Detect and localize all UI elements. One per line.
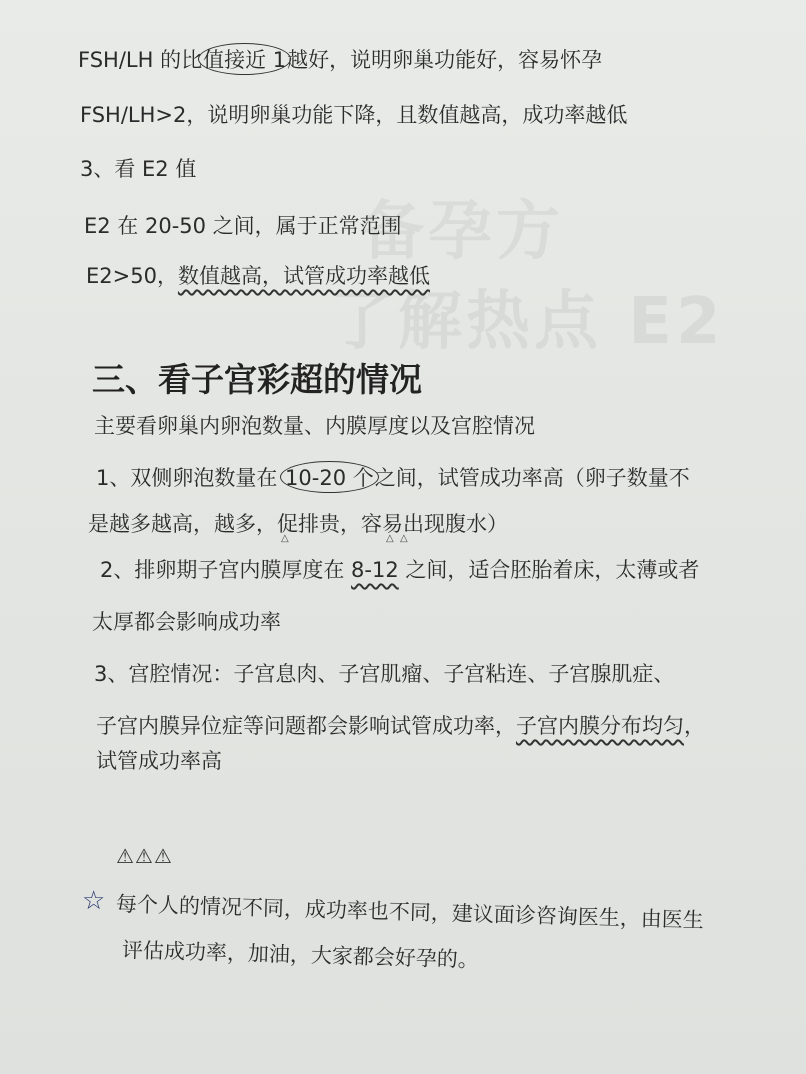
item-1-continued: 是越多越高，越多，促排贵，容易出现腹水） [88, 508, 508, 538]
e2-normal-line: E2 在 20-50 之间，属于正常范围 [84, 210, 402, 240]
item-3-line-3: 试管成功率高 [96, 745, 222, 775]
text: ， [684, 714, 705, 738]
handwritten-star-icon: ☆ [82, 886, 105, 916]
text: 1、双侧卵泡数量在 [96, 466, 284, 490]
text: 之间，试管成功率高（卵子数量不 [375, 466, 690, 490]
e2-high-line: E2>50，数值越高，试管成功率越低 [86, 260, 430, 290]
item-2-continued: 太厚都会影响成功率 [92, 606, 281, 636]
note-line-1: 每个人的情况不同，成功率也不同，建议面诊咨询医生，由医生 [116, 888, 705, 934]
handwritten-underline: 8-12 [351, 558, 399, 582]
e2-heading-line: 3、看 E2 值 [80, 153, 196, 183]
note-line-2: 评估成功率，加油，大家都会好孕的。 [122, 934, 480, 974]
handwritten-circle: 10-20 个 [280, 461, 379, 493]
text: E2>50， [86, 264, 178, 288]
warning-icons: ⚠⚠⚠ [116, 844, 173, 868]
handwritten-underline: 子宫内膜分布均匀 [516, 714, 684, 738]
fsh-lh-gt2-line: FSH/LH>2，说明卵巢功能下降，且数值越高，成功率越低 [80, 99, 627, 129]
triangle-mark-icon: △ [281, 533, 289, 544]
item-3-line-2: 子宫内膜异位症等问题都会影响试管成功率，子宫内膜分布均匀， [96, 710, 705, 740]
triangle-mark-icon: △ [400, 533, 408, 544]
section-intro: 主要看卵巢内卵泡数量、内膜厚度以及宫腔情况 [94, 410, 535, 440]
text: 2、排卵期子宫内膜厚度在 [100, 558, 351, 582]
text: 越好，说明卵巢功能好，容易怀孕 [287, 48, 602, 72]
text: 之间，适合胚胎着床，太薄或者 [399, 558, 700, 582]
handwritten-underline: 数值越高，试管成功率越低 [178, 264, 430, 288]
item-2-line: 2、排卵期子宫内膜厚度在 8-12 之间，适合胚胎着床，太薄或者 [100, 554, 699, 584]
section-heading: 三、看子宫彩超的情况 [92, 354, 422, 401]
text: FSH/LH 的比 [78, 48, 202, 72]
handwritten-circle: 值接近 1 [198, 43, 291, 75]
item-3-line-1: 3、宫腔情况：子宫息肉、子宫肌瘤、子宫粘连、子宫腺肌症、 [94, 658, 674, 688]
fsh-lh-ratio-line: FSH/LH 的比值接近 1越好，说明卵巢功能好，容易怀孕 [78, 44, 602, 74]
item-1-line: 1、双侧卵泡数量在 10-20 个之间，试管成功率高（卵子数量不 [96, 462, 690, 492]
text: 子宫内膜异位症等问题都会影响试管成功率， [96, 714, 516, 738]
triangle-mark-icon: △ [386, 533, 394, 544]
